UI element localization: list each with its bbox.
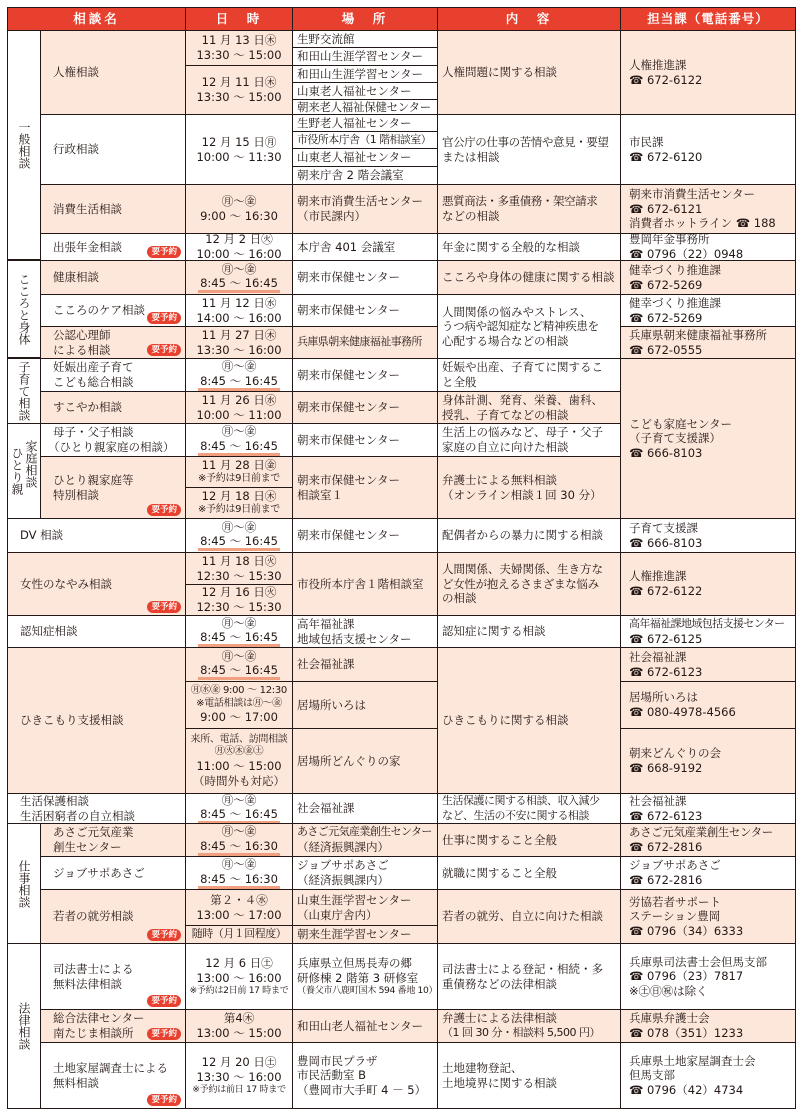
row-name-josei: 女性のなやみ相談要予約	[7, 552, 186, 616]
phone-icon: ☎	[629, 969, 643, 983]
datetime-tochi: 12 月 20 日㊏13:30 ～ 16:00※予約は前日 17 時まで	[185, 1042, 293, 1109]
datetime-hikikomori-2: ㊊㊌㊎ 9:00 ～ 12:30※電話相談は㊊～㊎9:00 ～ 17:00	[185, 681, 293, 729]
category-mind-body: こころと身体	[7, 260, 41, 358]
content-tochi: 土地建物登記、土地境界に関する相談	[437, 1042, 621, 1109]
datetime-kokoro: 11 月 12 日㊌14:00 ～ 16:00	[185, 294, 293, 327]
content-dv: 配偶者からの暴力に関する相談	[437, 518, 621, 553]
place-shinri: 兵庫県朝来健康福祉事務所	[292, 326, 438, 359]
row-name-seikatsu: 生活保護相談生活困窮者の自立相談	[7, 793, 186, 824]
phone-icon: ☎	[629, 584, 643, 598]
place-gyosei-2: 市役所本庁舎（1 階相談室）	[292, 131, 438, 149]
content-josei: 人間関係、夫婦関係、生き方など女性が抱えるさまざまな悩みの相談	[437, 552, 621, 616]
row-name-kenko: 健康相談	[40, 260, 186, 295]
place-wakamono-2: 朝来生涯学習センター	[292, 925, 438, 944]
phone-icon: ☎	[629, 924, 643, 938]
content-hitori: 弁護士による無料相談（オンライン相談１回 30 分）	[437, 456, 621, 519]
phone-icon: ☎	[629, 761, 643, 775]
row-name-nenkin: 出張年金相談要予約	[40, 233, 186, 261]
phone-icon: ☎	[629, 202, 643, 216]
place-gyosei-1: 生野老人福祉センター	[292, 114, 438, 132]
row-name-gyosei: 行政相談	[40, 114, 186, 185]
dept-hikikomori-2: 居場所いろは ☎ 080-4978-4566	[620, 681, 796, 729]
dept-hikikomori-1: 社会福祉課 ☎ 672-6123	[620, 647, 796, 682]
reservation-required-badge: 要予約	[147, 1094, 181, 1106]
datetime-wakamono-2: 随時（月１回程度）	[185, 925, 293, 944]
place-jinken-2: 和田山生涯学習センター	[292, 47, 438, 66]
row-name-hikikomori: ひきこもり支援相談	[7, 647, 186, 794]
place-shohi: 朝来市消費生活センター（市民課内）	[292, 184, 438, 234]
content-wakamono: 若者の就労、自立に向けた相談	[437, 889, 621, 944]
content-sukoyaka: 身体計測、発育、栄養、歯科、授乳、子育てなどの相談	[437, 391, 621, 424]
datetime-dv: ㊊～㊎8:45 ～ 16:45	[185, 518, 293, 553]
phone-icon: ☎	[629, 73, 643, 87]
place-jobsapo: ジョブサポあさご（経済振興課内）	[292, 856, 438, 890]
place-jinken-4: 山東老人福祉センター	[292, 82, 438, 100]
dept-asago-genki: あさご元気産業創生センター ☎ 672-2816	[620, 823, 796, 857]
row-name-jobsapo: ジョブサポあさご	[40, 856, 186, 890]
row-name-jinken: 人権相談	[40, 30, 186, 115]
phone-icon: ☎	[629, 705, 643, 719]
dept-kodomo-katei: こども家庭センター（子育て支援課） ☎ 666-8103	[620, 358, 796, 519]
reservation-required-badge: 要予約	[147, 995, 181, 1007]
content-jobsapo: 就職に関すること全般	[437, 856, 621, 890]
place-sogo: 和田山老人福祉センター	[292, 1009, 438, 1043]
dept-kenko: 健幸づくり推進課 ☎ 672-5269	[620, 260, 796, 295]
place-hikikomori-1: 社会福祉課	[292, 647, 438, 682]
row-name-shinri: 公認心理師による相談要予約	[40, 326, 186, 359]
datetime-seikatsu: ㊊～㊎8:45 ～ 16:45	[185, 793, 293, 824]
row-name-tochi: 土地家屋調査士による無料相談要予約	[40, 1042, 186, 1109]
category-child: 子育て相談	[7, 358, 41, 424]
row-name-sukoyaka: すこやか相談	[40, 391, 186, 424]
place-hitori: 朝来市保健センター相談室１	[292, 456, 438, 519]
phone-icon: ☎	[629, 873, 643, 887]
place-wakamono-1: 山東生涯学習センター（山東庁舎内）	[292, 889, 438, 926]
content-shohi: 悪質商法・多重債務・架空請求などの相談	[437, 184, 621, 234]
row-name-hitori: ひとり親家庭等特別相談要予約	[40, 456, 186, 519]
datetime-hikikomori-1: ㊊～㊎8:45 ～ 16:45	[185, 647, 293, 682]
header-content: 内 容	[437, 7, 621, 31]
datetime-shinri: 11 月 27 日㊍13:30 ～ 16:00	[185, 326, 293, 359]
phone-icon: ☎	[629, 247, 643, 261]
row-name-dv: DV 相談	[7, 518, 186, 553]
content-asago-genki: 仕事に関すること全般	[437, 823, 621, 857]
datetime-shohi: ㊊～㊎9:00 ～ 16:30	[185, 184, 293, 234]
row-name-kokoro: こころのケア相談要予約	[40, 294, 186, 327]
dept-shinri: 兵庫県朝来健康福祉事務所 ☎ 672-0555	[620, 326, 796, 359]
phone-icon: ☎	[629, 840, 643, 854]
datetime-josei-2: 12 月 16 日㊋12:30 ～ 15:30	[185, 584, 293, 616]
content-ninchi: 認知症に関する相談	[437, 615, 621, 648]
datetime-shiho: 12 月 6 日㊏13:00 ～ 16:00※予約は2日前 17 時まで	[185, 943, 293, 1010]
content-gyosei: 官公庁の仕事の苦情や意見・要望または相談	[437, 114, 621, 185]
place-ninchi: 高年福祉課地域包括支援センター	[292, 615, 438, 648]
row-name-ninchi: 認知症相談	[7, 615, 186, 648]
dept-hikikomori-3: 朝来どんぐりの会 ☎ 668-9192	[620, 728, 796, 794]
phone-icon: ☎	[629, 632, 643, 646]
place-gyosei-3: 山東老人福祉センター	[292, 148, 438, 167]
place-jinken-3: 和田山生涯学習センター	[292, 65, 438, 83]
dept-shohi: 朝来市消費生活センター ☎ 672-6121 消費者ホットライン ☎ 188	[620, 184, 796, 234]
reservation-required-badge: 要予約	[147, 312, 181, 324]
phone-icon: ☎	[629, 536, 643, 550]
datetime-wakamono-1: 第２・４㊌13:00 ～ 17:00	[185, 889, 293, 926]
row-name-boshi: 母子・父子相談（ひとり親家庭の相談）	[40, 423, 186, 457]
place-shiho: 兵庫県立但馬長寿の郷研修棟 2 階第 3 研修室（養父市八鹿町国木 594 番地…	[292, 943, 438, 1010]
place-seikatsu: 社会福祉課	[292, 793, 438, 824]
datetime-ninshin: ㊊～㊎8:45 ～ 16:45	[185, 358, 293, 392]
place-jinken-1: 生野交流館	[292, 30, 438, 48]
dept-seikatsu: 社会福祉課 ☎ 672-6123	[620, 793, 796, 824]
place-ninshin: 朝来市保健センター	[292, 358, 438, 392]
content-seikatsu: 生活保護に関する相談、収入減少など、生活の不安に関する相談	[437, 793, 621, 824]
place-tochi: 豊岡市民プラザ市民活動室 B（豊岡市大手町 4 － 5）	[292, 1042, 438, 1109]
content-jinken: 人権問題に関する相談	[437, 30, 621, 115]
datetime-jinken-2: 12 月 11 日㊍13:30 ～ 15:00	[185, 65, 293, 115]
row-name-shiho: 司法書士による無料法律相談要予約	[40, 943, 186, 1010]
place-kokoro: 朝来市保健センター	[292, 294, 438, 327]
reservation-required-badge: 要予約	[147, 504, 181, 516]
datetime-jobsapo: ㊊～㊎8:45 ～ 16:30	[185, 856, 293, 890]
header-datetime: 日 時	[185, 7, 293, 31]
place-sukoyaka: 朝来市保健センター	[292, 391, 438, 424]
content-shiho: 司法書士による登記・相続・多重債務などの法律相談	[437, 943, 621, 1010]
category-legal: 法律相談	[7, 943, 41, 1109]
place-kenko: 朝来市保健センター	[292, 260, 438, 295]
content-ninshin: 妊娠や出産、子育てに関すること全般	[437, 358, 621, 392]
content-hikikomori: ひきこもりに関する相談	[437, 647, 621, 794]
row-name-shohi: 消費生活相談	[40, 184, 186, 234]
reservation-required-badge: 要予約	[147, 601, 181, 613]
place-asago-genki: あさご元気産業創生センター（経済振興課内）	[292, 823, 438, 857]
reservation-required-badge: 要予約	[147, 246, 181, 258]
dept-tochi: 兵庫県土地家屋調査士会但馬支部 ☎ 0796（42）4734	[620, 1042, 796, 1109]
row-name-ninshin: 妊娠出産子育てこども総合相談	[40, 358, 186, 392]
dept-ninchi: 高年福祉課地域包括支援センター ☎ 672-6125	[620, 615, 796, 648]
content-sogo: 弁護士による法律相談（1 回 30 分・相談料 5,500 円）	[437, 1009, 621, 1043]
place-dv: 朝来市保健センター	[292, 518, 438, 553]
content-kokoro-shinri: 人間関係の悩みやストレス、うつ病や認知症など精神疾患を心配する場合などの相談	[437, 294, 621, 359]
datetime-asago-genki: ㊊～㊎8:45 ～ 16:30	[185, 823, 293, 857]
datetime-jinken-1: 11 月 13 日㊍13:30 ～ 15:00	[185, 30, 293, 66]
phone-icon: ☎	[629, 150, 643, 164]
datetime-hikikomori-3: 来所、電話、訪問相談㊊㊋㊍㊎㊏11:00 ～ 15:00（時間外も対応）	[185, 728, 293, 794]
row-name-wakamono: 若者の就労相談要予約	[40, 889, 186, 944]
dept-josei: 人権推進課 ☎ 672-6122	[620, 552, 796, 616]
datetime-gyosei: 12 月 15 日㊊10:00 ～ 11:30	[185, 114, 293, 185]
dept-nenkin: 豊岡年金事務所 ☎ 0796（22）0948	[620, 233, 796, 261]
dept-jobsapo: ジョブサポあさご ☎ 672-2816	[620, 856, 796, 890]
place-boshi: 朝来市保健センター	[292, 423, 438, 457]
phone-icon: ☎	[629, 278, 643, 292]
datetime-josei-1: 11 月 18 日㊋12:30 ～ 15:30	[185, 552, 293, 585]
consultation-table: 相談名 日 時 場 所 内 容 担当課（電話番号） 一般相談 人権相談 11 月…	[0, 0, 802, 1115]
dept-wakamono: 労協若者サポートステーション豊岡 ☎ 0796（34）6333	[620, 889, 796, 944]
phone-icon: ☎	[629, 1026, 643, 1040]
header-place: 場 所	[292, 7, 438, 31]
phone-icon: ☎	[629, 665, 643, 679]
category-single-family: ひとり親 家庭相談	[7, 423, 41, 519]
dept-jinken: 人権推進課 ☎ 672-6122	[620, 30, 796, 115]
phone-icon: ☎	[629, 343, 643, 357]
place-hikikomori-2: 居場所いろは	[292, 681, 438, 729]
dept-sogo: 兵庫県弁護士会 ☎ 078（351）1233	[620, 1009, 796, 1043]
reservation-required-badge: 要予約	[147, 929, 181, 941]
datetime-hitori-1: 11 月 28 日㊎※予約は9日前まで	[185, 456, 293, 488]
dept-dv: 子育て支援課 ☎ 666-8103	[620, 518, 796, 553]
reservation-required-badge: 要予約	[147, 1028, 181, 1040]
place-nenkin: 本庁舎 401 会議室	[292, 233, 438, 261]
header-name: 相談名	[7, 7, 186, 31]
phone-icon: ☎	[629, 1083, 643, 1097]
reservation-required-badge: 要予約	[147, 344, 181, 356]
content-nenkin: 年金に関する全般的な相談	[437, 233, 621, 261]
datetime-sukoyaka: 11 月 26 日㊌10:00 ～ 11:00	[185, 391, 293, 424]
dept-gyosei: 市民課 ☎ 672-6120	[620, 114, 796, 185]
place-jinken-5: 朝来老人福祉保健センター	[292, 99, 438, 115]
place-josei: 市役所本庁舎１階相談室	[292, 552, 438, 616]
datetime-kenko: ㊊～㊎8:45 ～ 16:45	[185, 260, 293, 295]
dept-kokoro: 健幸づくり推進課 ☎ 672-5269	[620, 294, 796, 327]
phone-icon: ☎	[629, 809, 643, 823]
category-work: 仕事相談	[7, 823, 41, 944]
content-boshi: 生活上の悩みなど、母子・父子家庭の自立に向けた相談	[437, 423, 621, 457]
place-gyosei-4: 朝来庁舎 2 階会議室	[292, 166, 438, 185]
datetime-boshi: ㊊～㊎8:45 ～ 16:45	[185, 423, 293, 457]
phone-icon: ☎	[629, 446, 643, 460]
category-general: 一般相談	[7, 30, 41, 260]
content-kenko: こころや身体の健康に関する相談	[437, 260, 621, 295]
datetime-nenkin: 12 月 2 日㊋10:00 ～ 16:00	[185, 233, 293, 261]
datetime-ninchi: ㊊～㊎8:45 ～ 16:45	[185, 615, 293, 648]
dept-shiho: 兵庫県司法書士会但馬支部 ☎ 0796（23）7817 ※㊏㊐㊗は除く	[620, 943, 796, 1010]
datetime-sogo: 第4㊍13:00 ～ 15:00	[185, 1009, 293, 1043]
row-name-asago-genki: あさご元気産業創生センター	[40, 823, 186, 857]
row-name-sogo: 総合法律センター南たじま相談所要予約	[40, 1009, 186, 1043]
datetime-hitori-2: 12 月 18 日㊍※予約は9日前まで	[185, 487, 293, 519]
place-hikikomori-3: 居場所どんぐりの家	[292, 728, 438, 794]
phone-icon: ☎	[629, 311, 643, 325]
header-dept: 担当課（電話番号）	[620, 7, 796, 31]
